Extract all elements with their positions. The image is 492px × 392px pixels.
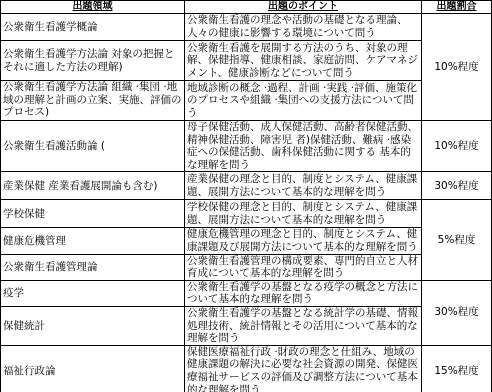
ratio-cell: 10%程度 <box>422 14 492 121</box>
header-ratio: 出題割合 <box>422 1 492 14</box>
area-cell: 公衆衛生看護学方法論 組織 ·集団 ·地域の理解と計画の立案、実施、評価のプロセ… <box>1 81 185 121</box>
area-cell: 産業保健 産業看護展開論も含む) <box>1 172 185 200</box>
ratio-cell: 10%程度 <box>422 121 492 172</box>
table-row: 公衆衛生看護活動論 ( 母子保健活動、成人保健活動、高齢者保健活動、精神保健活動… <box>1 121 492 172</box>
ratio-cell: 30%程度 <box>422 280 492 345</box>
area-cell: 学校保健 <box>1 200 185 228</box>
table-row: 産業保健 産業看護展開論も含む) 産業保健の理念と目的、制度とシステム、健康課題… <box>1 172 492 200</box>
table-row: 公衆衛生看護学概論 公衆衛生看護の理念や活動の基礎となる理論、人々の健康に影響す… <box>1 14 492 41</box>
table-row: 公衆衛生看護学方法論 対象の把握とそれに適した方法の理解) 公衆衛生看護を展開す… <box>1 41 492 81</box>
header-area: 出題領域 <box>1 1 185 14</box>
ratio-cell: 15%程度 <box>422 345 492 392</box>
point-cell: 母子保健活動、成人保健活動、高齢者保健活動、精神保健活動、障害児 者)保健活動、… <box>185 121 422 172</box>
point-cell: 公衆衛生看護学の基盤となる疫学の概念と方法について基本的な理解を問う <box>185 280 422 306</box>
point-cell: 地域診断の概念 ·過程、計画 ·実践 ·評価、施策化のプロセスや組織 ·集団への… <box>185 81 422 121</box>
area-cell: 公衆衛生看護学概論 <box>1 14 185 41</box>
point-cell: 公衆衛生看護の理念や活動の基礎となる理論、人々の健康に影響する環境について問う <box>185 14 422 41</box>
point-cell: 公衆衛生看護管理の構成要素、専門的自立と人材育成について基本的な理解を問う <box>185 254 422 280</box>
table-row: 福祉行政論 保健医療福祉行政 ·財政の理念と仕組み、地域の健康課題の解決に必要な… <box>1 345 492 392</box>
table-row: 公衆衛生看護学方法論 組織 ·集団 ·地域の理解と計画の立案、実施、評価のプロセ… <box>1 81 492 121</box>
header-point: 出題のポイント <box>185 1 422 14</box>
point-cell: 保健医療福祉行政 ·財政の理念と仕組み、地域の健康課題の解決に必要な社会資源の開… <box>185 345 422 392</box>
point-cell: 健康危機管理の理念と目的、制度とシステム、健康課題及び展開方法について基本的な理… <box>185 228 422 254</box>
area-cell: 公衆衛生看護学方法論 対象の把握とそれに適した方法の理解) <box>1 41 185 81</box>
area-cell: 福祉行政論 <box>1 345 185 392</box>
area-cell: 保健統計 <box>1 306 185 345</box>
table-row: 健康危機管理 健康危機管理の理念と目的、制度とシステム、健康課題及び展開方法につ… <box>1 228 492 254</box>
area-cell: 公衆衛生看護活動論 ( <box>1 121 185 172</box>
header-row: 出題領域 出題のポイント 出題割合 <box>1 1 492 14</box>
point-cell: 公衆衛生看護学の基盤となる統計学の基礎、情報処理技術、統計情報とその活用について… <box>185 306 422 345</box>
ratio-cell: 30%程度 <box>422 172 492 200</box>
exam-scope-table: 出題領域 出題のポイント 出題割合 公衆衛生看護学概論 公衆衛生看護の理念や活動… <box>0 0 492 392</box>
point-cell: 産業保健の理念と目的、制度とシステム、健康課題、展開方法について基本的な理解を問… <box>185 172 422 200</box>
table-row: 公衆衛生看護管理論 公衆衛生看護管理の構成要素、専門的自立と人材育成について基本… <box>1 254 492 280</box>
ratio-cell: 5%程度 <box>422 200 492 280</box>
area-cell: 健康危機管理 <box>1 228 185 254</box>
table-row: 学校保健 学校保健の理念と目的、制度とシステム、健康課題、展開方法について基本的… <box>1 200 492 228</box>
area-cell: 疫学 <box>1 280 185 306</box>
table-row: 疫学 公衆衛生看護学の基盤となる疫学の概念と方法について基本的な理解を問う 30… <box>1 280 492 306</box>
area-cell: 公衆衛生看護管理論 <box>1 254 185 280</box>
point-cell: 公衆衛生看護を展開する方法のうち、対象の理解、保健指導、健康相談、家庭訪問、ケア… <box>185 41 422 81</box>
point-cell: 学校保健の理念と目的、制度とシステム、健康課題、展開方法について基本的な理解を問… <box>185 200 422 228</box>
table-row: 保健統計 公衆衛生看護学の基盤となる統計学の基礎、情報処理技術、統計情報とその活… <box>1 306 492 345</box>
